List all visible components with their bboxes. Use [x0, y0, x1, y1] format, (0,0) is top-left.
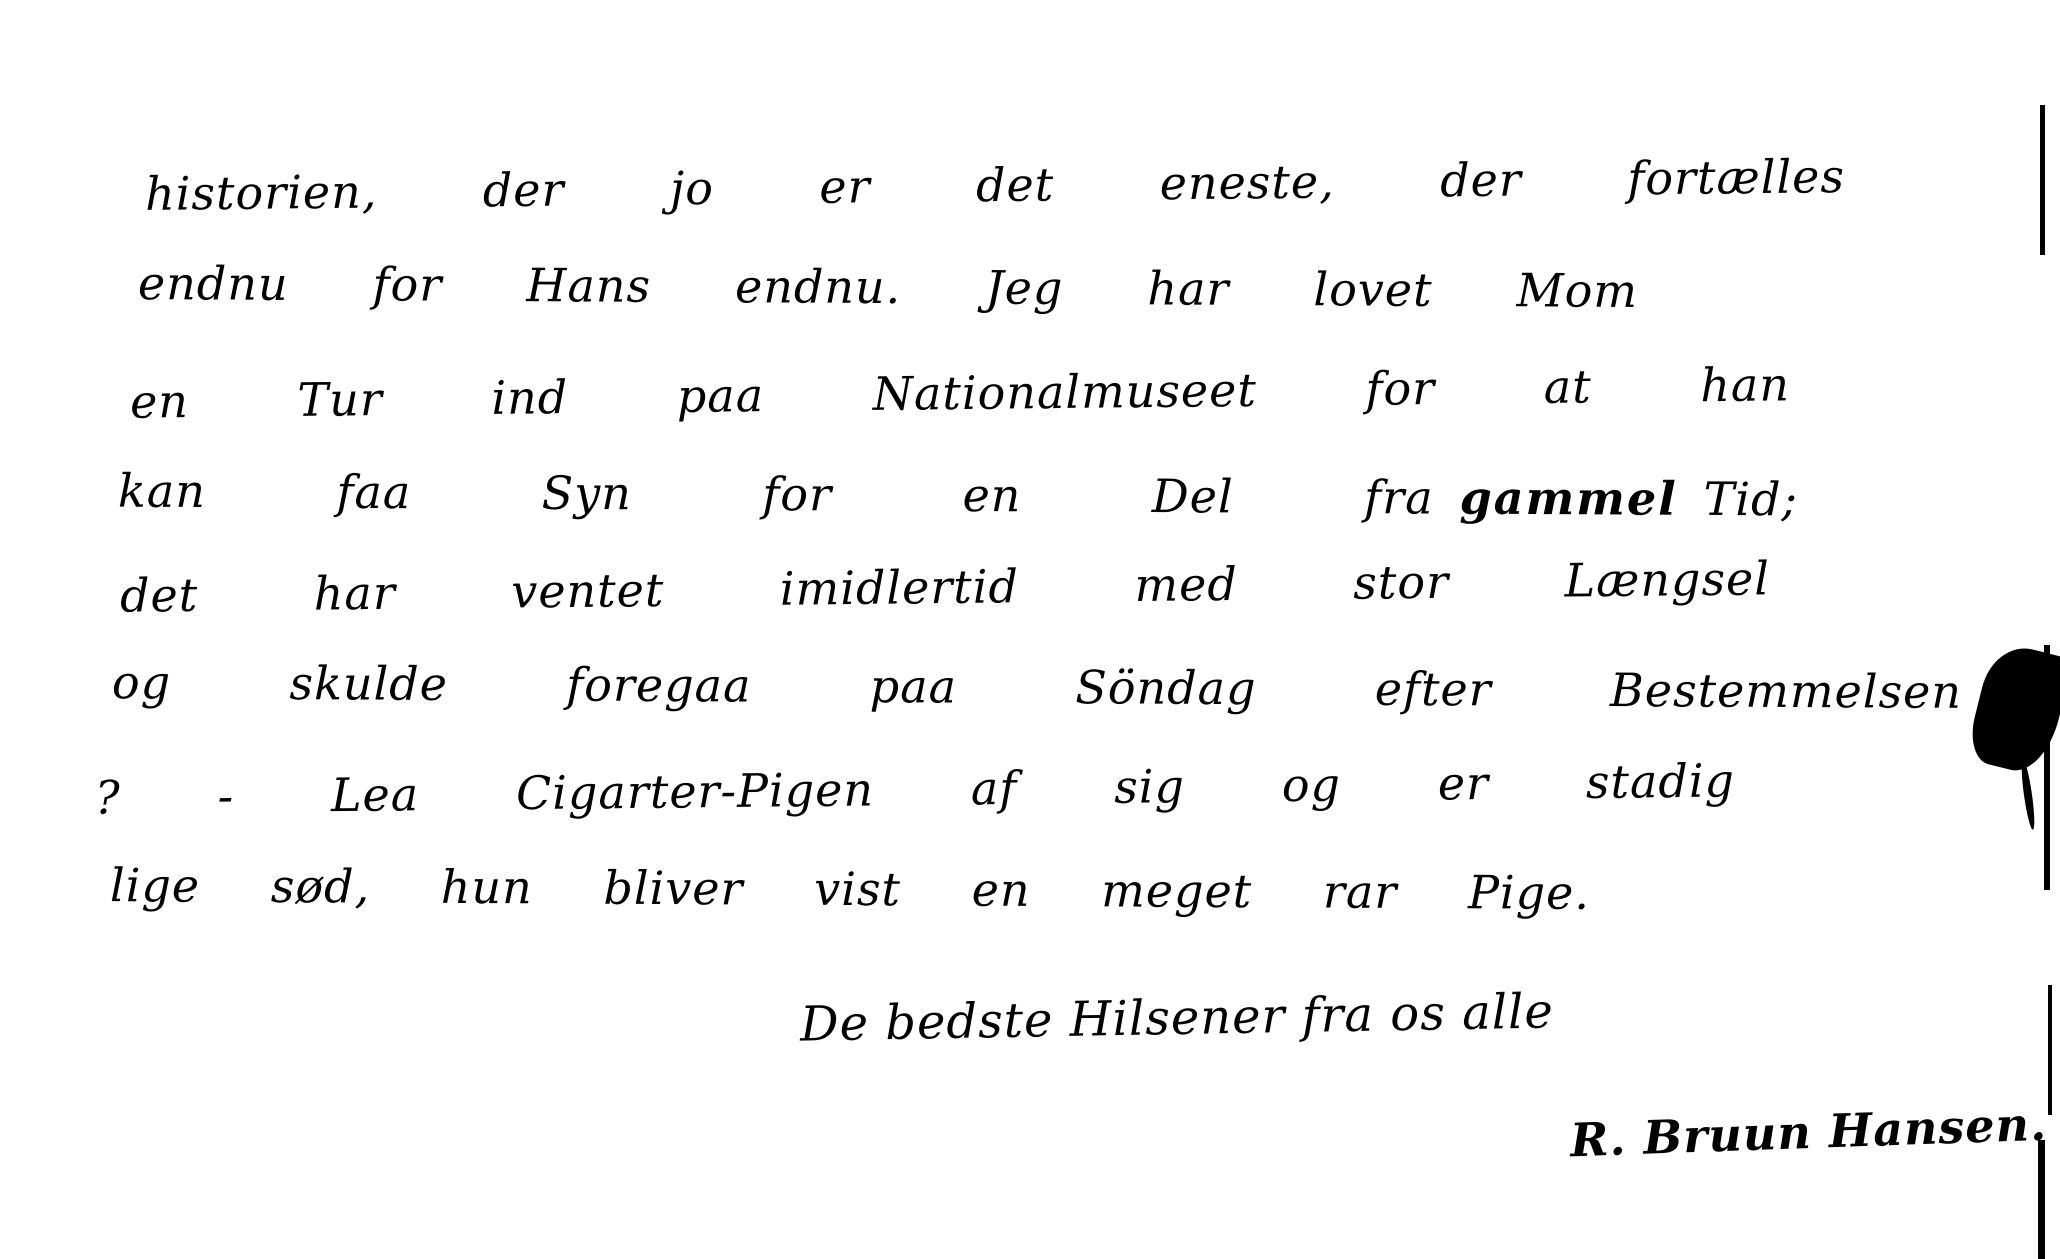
handwriting-line-4-emphasized-word: gammel	[1459, 471, 1677, 526]
scan-edge-line	[2048, 985, 2052, 1115]
handwriting-line-4: kan faa Syn for en Del fragammelTid;	[118, 464, 1798, 527]
handwriting-line-5: det har ventet imidlertid med stor Længs…	[120, 551, 1770, 622]
handwriting-line-1: historien, der jo er det eneste, der for…	[145, 149, 1845, 221]
signature: R. Bruun Hansen.	[1569, 1097, 2048, 1168]
scan-edge-line	[2040, 105, 2045, 255]
handwriting-line-2: endnu for Hans endnu. Jeg har lovet Mom	[138, 256, 1638, 318]
scan-edge-line	[2038, 1140, 2045, 1259]
handwriting-line-6: og skulde foregaa paa Söndag efter Beste…	[112, 655, 1962, 719]
handwriting-line-4-post: Tid;	[1704, 472, 1799, 526]
handwriting-line-7: ? - Lea Cigarter-Pigen af sig og er stad…	[95, 753, 1735, 824]
handwriting-line-4-pre: kan faa Syn for en Del fra	[118, 464, 1434, 525]
handwriting-line-3: en Tur ind paa Nationalmuseet for at han	[130, 357, 1790, 428]
letter-page: historien, der jo er det eneste, der for…	[0, 0, 2060, 1259]
handwriting-line-8: lige sød, hun bliver vist en meget rar P…	[110, 858, 1590, 920]
closing-salutation: De bedste Hilsener fra os alle	[800, 983, 1555, 1052]
ink-blot-tail	[2019, 760, 2037, 830]
